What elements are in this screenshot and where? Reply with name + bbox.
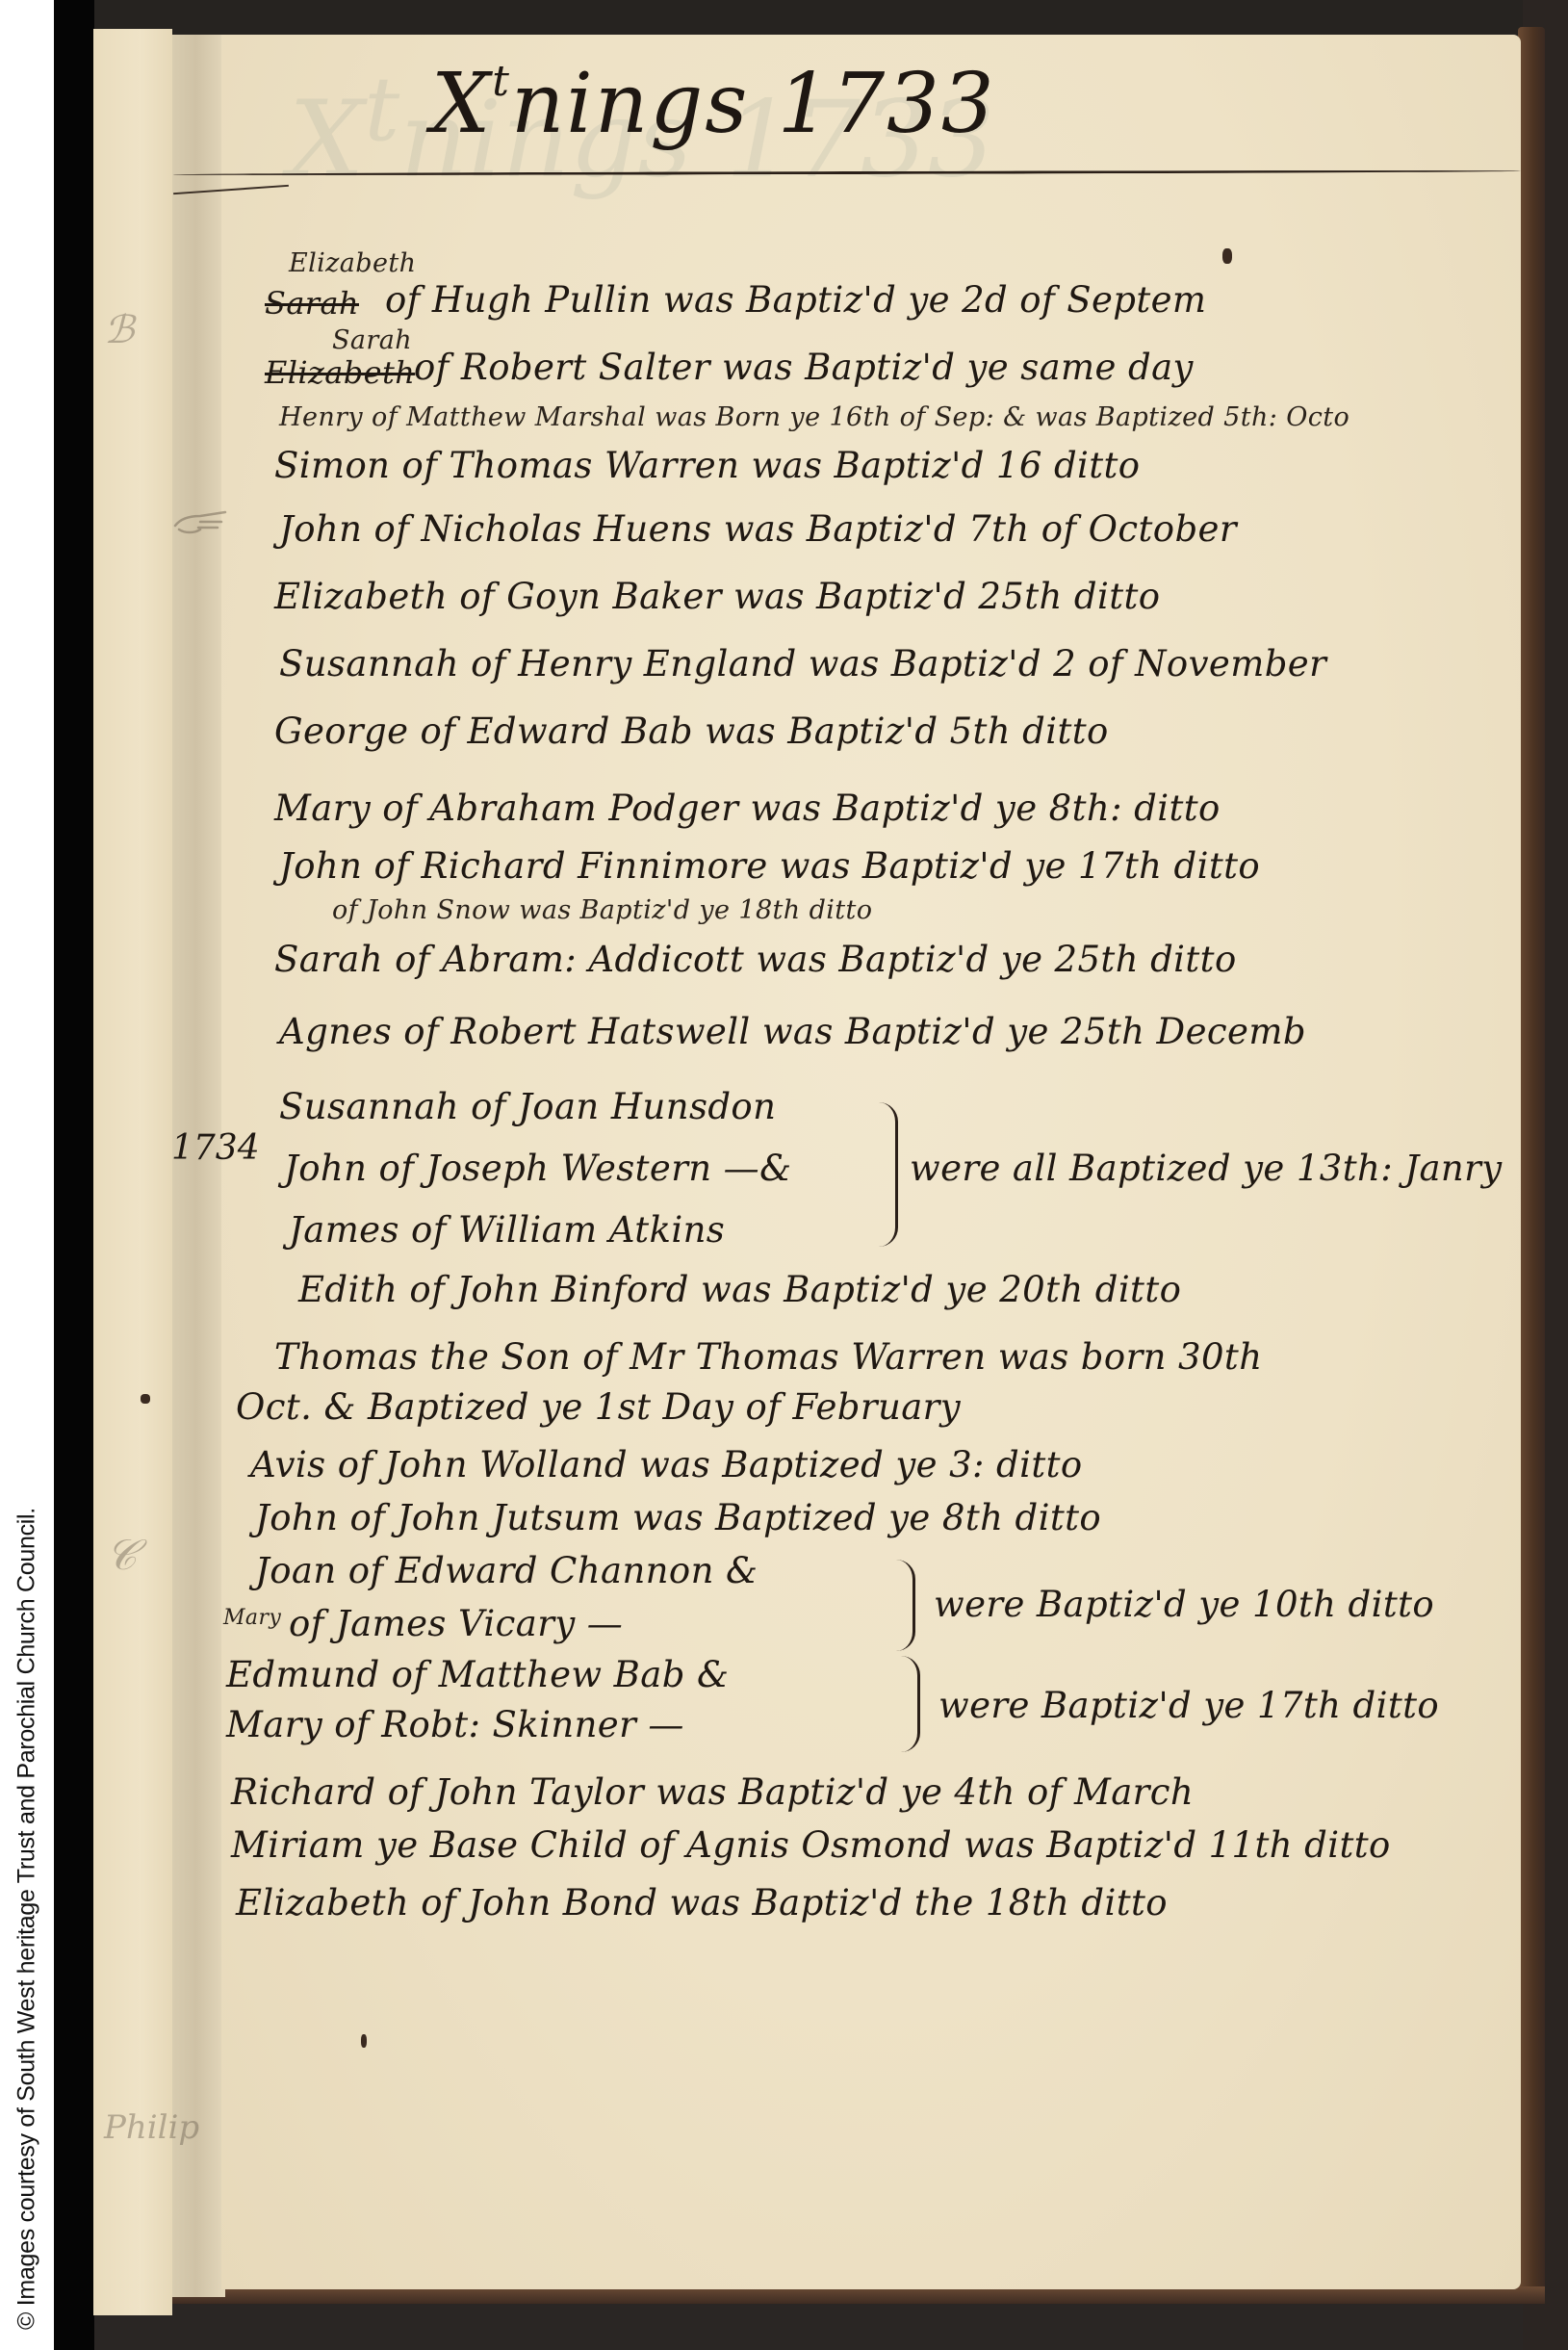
entry-text: Avis of John Wolland was Baptized ye 3: …: [250, 1444, 1083, 1485]
stub-faint-note: ℬ: [104, 308, 134, 352]
entry-correction-above: Sarah: [332, 325, 412, 355]
group-baptism-note: were all Baptized ye 13th: Janry: [910, 1148, 1503, 1189]
entry-correction-above: Elizabeth: [289, 248, 416, 278]
entry-text: Thomas the Son of Mr Thomas Warren was b…: [274, 1336, 1262, 1378]
entry-text: of Robert Salter was Baptiz'd ye same da…: [414, 347, 1194, 388]
margin-year-note: 1734: [171, 1128, 260, 1168]
entry-text: Henry of Matthew Marshal was Born ye 16t…: [279, 402, 1350, 432]
group-bracket: [900, 1656, 920, 1752]
title-rest: nings 1733: [511, 56, 996, 152]
ink-blot: [141, 1394, 150, 1404]
entry-text: George of Edward Bab was Baptiz'd 5th di…: [274, 710, 1109, 752]
entry-text: John of John Jutsum was Baptized ye 8th …: [255, 1497, 1101, 1538]
entry-struck-name: Elizabeth: [265, 354, 415, 391]
entry-text: Agnes of Robert Hatswell was Baptiz'd ye…: [279, 1011, 1306, 1052]
entry-text: Susannah of Joan Hunsdon: [279, 1086, 776, 1127]
entry-text: Miriam ye Base Child of Agnis Osmond was…: [231, 1824, 1391, 1866]
title-prefix: X: [431, 56, 492, 152]
entry-text: Richard of John Taylor was Baptiz'd ye 4…: [231, 1771, 1194, 1813]
book-cover-bottom: [94, 2296, 1568, 2350]
entry-text: Elizabeth of John Bond was Baptiz'd the …: [236, 1882, 1168, 1924]
entry-struck-name: Sarah: [265, 285, 359, 322]
entry-text: Oct. & Baptized ye 1st Day of February: [236, 1386, 961, 1428]
title-superscript: t: [492, 57, 511, 106]
entry-text: of Hugh Pullin was Baptiz'd ye 2d of Sep…: [385, 279, 1206, 321]
pointing-hand-icon: [171, 501, 229, 539]
entry-interlined-text: of John Snow was Baptiz'd ye 18th ditto: [332, 895, 872, 925]
group-baptism-note: were Baptiz'd ye 17th ditto: [938, 1685, 1439, 1726]
entry-text: Mary of Abraham Podger was Baptiz'd ye 8…: [274, 788, 1221, 829]
group-bracket: [895, 1560, 915, 1651]
copyright-credit: © Images courtesy of South West heritage…: [13, 1175, 41, 2330]
ink-blot: [1222, 248, 1232, 264]
entry-text: Edmund of Matthew Bab &: [226, 1654, 729, 1695]
entry-text: John of Richard Finnimore was Baptiz'd y…: [279, 845, 1260, 887]
entry-text: John of Nicholas Huens was Baptiz'd 7th …: [279, 508, 1237, 550]
entry-text: Sarah of Abram: Addicott was Baptiz'd ye…: [274, 939, 1237, 980]
entry-text: James of William Atkins: [289, 1209, 725, 1251]
entry-text: Elizabeth of Goyn Baker was Baptiz'd 25t…: [274, 576, 1160, 617]
stub-faint-note: Philip: [104, 2108, 199, 2147]
entry-text: Simon of Thomas Warren was Baptiz'd 16 d…: [274, 445, 1140, 486]
entry-text: Susannah of Henry England was Baptiz'd 2…: [279, 643, 1326, 684]
page-title: Xtnings 1733: [431, 56, 996, 152]
entry-text: John of Joseph Western —&: [284, 1148, 791, 1189]
group-baptism-note: were Baptiz'd ye 10th ditto: [934, 1584, 1434, 1625]
entry-text: of James Vicary —: [289, 1603, 623, 1644]
scan-background: [54, 0, 94, 2350]
entry-text: Joan of Edward Channon &: [255, 1550, 758, 1591]
ink-blot: [361, 2034, 367, 2048]
entry-correction-above: Mary: [223, 1606, 281, 1630]
binding-stub: [93, 29, 172, 2315]
book-cover-top: [94, 0, 1568, 37]
binding-edge-right: [1518, 27, 1545, 2299]
stub-faint-note: 𝒞: [106, 1531, 137, 1580]
credit-strip: © Images courtesy of South West heritage…: [0, 0, 54, 2350]
entry-text: Edith of John Binford was Baptiz'd ye 20…: [298, 1269, 1181, 1310]
group-bracket: [878, 1102, 898, 1247]
entry-text: Mary of Robt: Skinner —: [226, 1704, 684, 1745]
